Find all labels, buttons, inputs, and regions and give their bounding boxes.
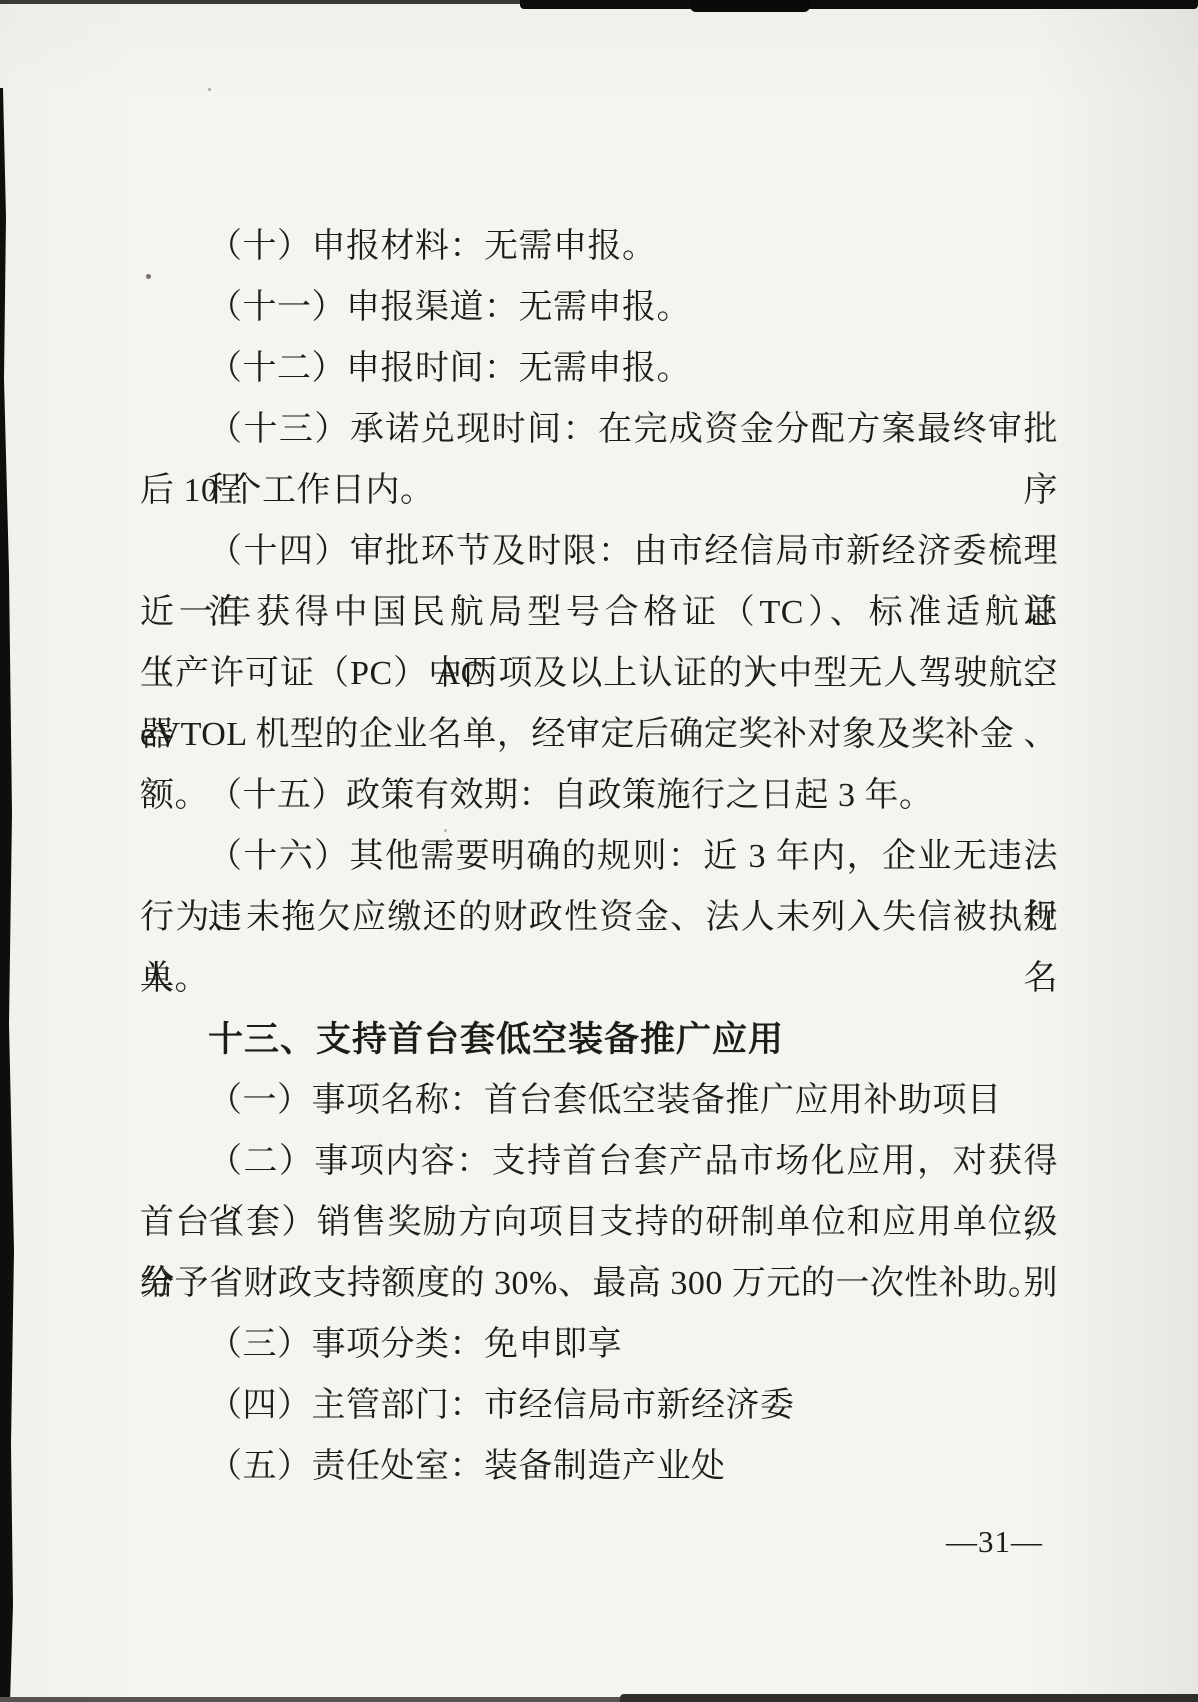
scanned-document-page: （十）申报材料：无需申报。（十一）申报渠道：无需申报。（十二）申报时间：无需申报… xyxy=(0,0,1198,1702)
text-line: eVTOL 机型的企业名单，经审定后确定奖补对象及奖补金额。 xyxy=(140,704,1058,765)
text-line: （十五）政策有效期：自政策施行之日起 3 年。 xyxy=(140,765,1058,826)
text-line: （十六）其他需要明确的规则：近 3 年内，企业无违法违规 xyxy=(140,826,1058,887)
page-number: —31— xyxy=(946,1522,1043,1562)
text-line: （十）申报材料：无需申报。 xyxy=(140,216,1058,277)
text-line: （二）事项内容：支持首台套产品市场化应用，对获得省级 xyxy=(140,1131,1058,1192)
text-line: 近一年获得中国民航局型号合格证（TC）、标准适航证（AC）、 xyxy=(140,582,1058,643)
text-line: （四）主管部门：市经信局市新经济委 xyxy=(140,1375,1058,1436)
text-line: 给予省财政支持额度的 30%、最高 300 万元的一次性补助。 xyxy=(140,1253,1058,1314)
text-line: （十一）申报渠道：无需申报。 xyxy=(140,277,1058,338)
text-line: （三）事项分类：免申即享 xyxy=(140,1314,1058,1375)
scan-artifact-top-edge-bump xyxy=(690,0,810,12)
text-line: （十四）审批环节及时限：由市经信局市新经济委梳理汇总 xyxy=(140,521,1058,582)
document-body-text: （十）申报材料：无需申报。（十一）申报渠道：无需申报。（十二）申报时间：无需申报… xyxy=(140,216,1058,1497)
scan-artifact-top-edge-dark xyxy=(520,0,1198,9)
scan-artifact-bottom-edge-dark xyxy=(620,1694,1198,1702)
text-line: 生产许可证（PC）中两项及以上认证的大中型无人驾驶航空器、 xyxy=(140,643,1058,704)
text-line: （五）责任处室：装备制造产业处 xyxy=(140,1436,1058,1497)
text-line: （一）事项名称：首台套低空装备推广应用补助项目 xyxy=(140,1070,1058,1131)
section-heading: 十三、支持首台套低空装备推广应用 xyxy=(140,1009,1058,1070)
text-line: （十二）申报时间：无需申报。 xyxy=(140,338,1058,399)
text-line: （十三）承诺兑现时间：在完成资金分配方案最终审批程序 xyxy=(140,399,1058,460)
ink-speck xyxy=(208,88,211,91)
text-line: 行为、未拖欠应缴还的财政性资金、法人未列入失信被执行人名 xyxy=(140,887,1058,948)
scan-artifact-left-edge xyxy=(0,88,16,1702)
text-line: 首台（套）销售奖励方向项目支持的研制单位和应用单位，分别 xyxy=(140,1192,1058,1253)
